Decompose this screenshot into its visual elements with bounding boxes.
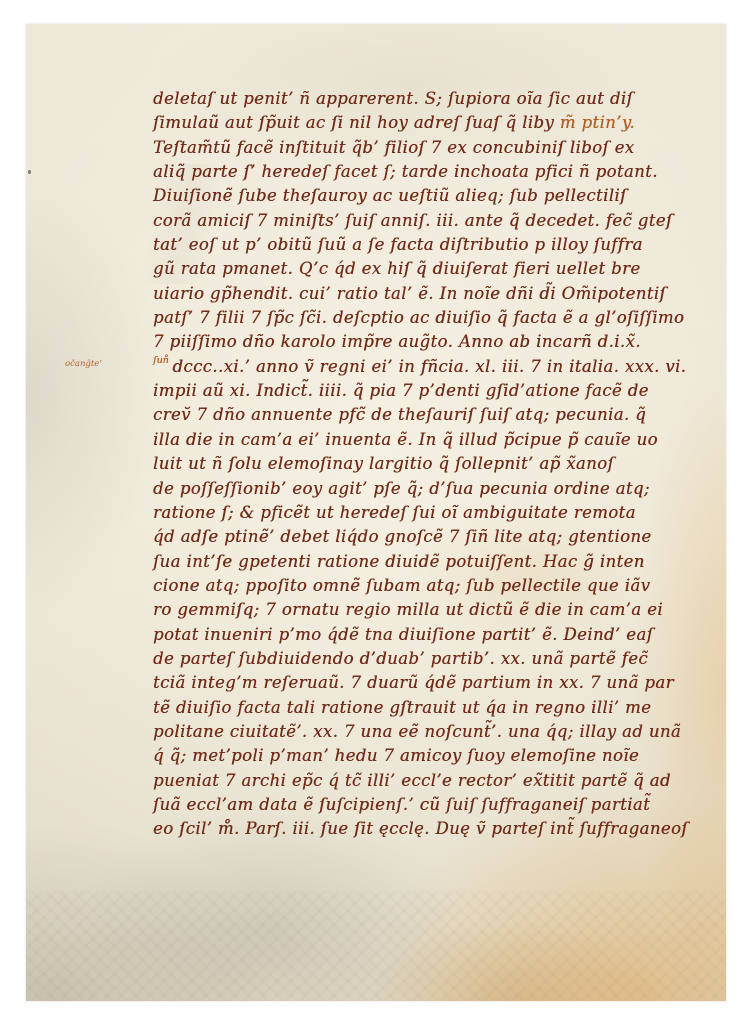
interlinear-gloss: ſun̊ (153, 355, 169, 366)
text-line: očang̃te’ ſun̊ dccc..xi.’ anno ṽ regni e… (153, 355, 665, 379)
line-text: pueniat 7 archi ep̃c q́ tc̃ illi’ eccl’e… (153, 771, 671, 790)
manuscript-page: deletaſ ut penit’ ñ apparerent. S; ſupio… (26, 24, 726, 1001)
text-line: 7 piiſſimo dño karolo imp̃re aug̃to. Ann… (153, 330, 665, 354)
text-line: ſua int’ſe gpetenti ratione diuidẽ potui… (153, 550, 665, 574)
line-text: ſuã eccl’am data ẽ ſuſcipienſ.’ cũ ſuiſ … (153, 795, 650, 814)
line-text: tat’ eoſ ut p’ obitũ ſuũ a ſe facta diſt… (153, 235, 643, 254)
text-line: q́ q̃; met’poli p’man’ hedu 7 amicoy ſuo… (153, 744, 665, 768)
text-line: Teſtam̃tũ facẽ inſtituit q̃b’ filioſ 7 e… (153, 136, 665, 160)
text-line: tẽ diuiſio facta tali ratione gſtrauit u… (153, 696, 665, 720)
line-text: gũ rata pmanet. Q’c q́d ex hiſ q̃ diuiſe… (153, 259, 641, 278)
margin-gloss: očang̃te’ (65, 360, 102, 369)
text-line: potat inueniri p’mo q́dẽ tna diuiſione p… (153, 623, 665, 647)
parchment-texture (26, 891, 726, 1001)
line-text: potat inueniri p’mo q́dẽ tna diuiſione p… (153, 625, 653, 644)
text-line: impii aũ xi. Indict̃. iiii. q̃ pia 7 p’d… (153, 379, 665, 403)
line-text: ſimulaũ aut ſp̃uit ac ſi nil hoy adreſ ſ… (153, 113, 560, 132)
line-text: q́d adſe ptinẽ’ debet liq́do gnoſcẽ 7 ſi… (153, 527, 652, 546)
line-text: de poſſeſſionib’ eoy agit’ pſe q̃; d’ſua… (153, 479, 650, 498)
text-line: tciã integ’m reſeruaũ. 7 duarũ q́dẽ part… (153, 671, 665, 695)
text-line: de parteſ ſubdiuidendo d’duab’ partib’. … (153, 647, 665, 671)
line-text: 7 piiſſimo dño karolo imp̃re aug̃to. Ann… (153, 332, 641, 351)
line-text: q́ q̃; met’poli p’man’ hedu 7 amicoy ſuo… (153, 746, 639, 765)
line-text: ſua int’ſe gpetenti ratione diuidẽ potui… (153, 552, 645, 571)
line-text: ro gemmiſq; 7 ornatu regio milla ut dict… (153, 600, 663, 619)
line-text: dccc..xi.’ anno ṽ regni ei’ in fñcia. xl… (172, 357, 686, 376)
text-line: ro gemmiſq; 7 ornatu regio milla ut dict… (153, 598, 665, 622)
line-text: tciã integ’m reſeruaũ. 7 duarũ q́dẽ part… (153, 673, 674, 692)
text-line: uiario gp̃hendit. cui’ ratio tal’ ẽ. In … (153, 282, 665, 306)
line-text: illa die in cam’a ei’ inuenta ẽ. In q̃ i… (153, 430, 658, 449)
rubric-text: m̃ ptin’y. (560, 113, 635, 132)
text-line: illa die in cam’a ei’ inuenta ẽ. In q̃ i… (153, 428, 665, 452)
text-line: corã amiciſ 7 miniſts’ ſuiſ anniſ. iii. … (153, 209, 665, 233)
text-line: tat’ eoſ ut p’ obitũ ſuũ a ſe facta diſt… (153, 233, 665, 257)
text-line: ſuã eccl’am data ẽ ſuſcipienſ.’ cũ ſuiſ … (153, 793, 665, 817)
line-text: Teſtam̃tũ facẽ inſtituit q̃b’ filioſ 7 e… (153, 138, 634, 157)
text-line: gũ rata pmanet. Q’c q́d ex hiſ q̃ diuiſe… (153, 257, 665, 281)
line-text: politane ciuitatẽ’. xx. 7 una eẽ noſcunt… (153, 722, 681, 741)
line-text: patſ’ 7 filii 7 ſp̃c ſc̃i. deſcptio ac d… (153, 308, 684, 327)
line-text: ratione ſ; & pficẽt ut heredeſ ſui oĩ am… (153, 503, 636, 522)
text-line: q́d adſe ptinẽ’ debet liq́do gnoſcẽ 7 ſi… (153, 525, 665, 549)
text-line: de poſſeſſionib’ eoy agit’ pſe q̃; d’ſua… (153, 477, 665, 501)
text-line: luit ut ñ ſolu elemoſinay largitio q̃ ſo… (153, 452, 665, 476)
text-line: eo ſcil’ m̊. Parſ. iii. ſue ſit ęcclę. D… (153, 817, 665, 841)
line-text: Diuiſionẽ ſube theſauroy ac ueſtiũ alieq… (153, 186, 627, 205)
line-text: impii aũ xi. Indict̃. iiii. q̃ pia 7 p’d… (153, 381, 649, 400)
text-line: politane ciuitatẽ’. xx. 7 una eẽ noſcunt… (153, 720, 665, 744)
text-line: pueniat 7 archi ep̃c q́ tc̃ illi’ eccl’e… (153, 769, 665, 793)
line-text: crev̆ 7 dño annuente pfc̃ de theſauriſ ſ… (153, 405, 646, 424)
line-text: corã amiciſ 7 miniſts’ ſuiſ anniſ. iii. … (153, 211, 672, 230)
text-line: ratione ſ; & pficẽt ut heredeſ ſui oĩ am… (153, 501, 665, 525)
line-text: aliq̃ parte ſ’ heredeſ facet ſ; tarde in… (153, 162, 658, 181)
line-text: uiario gp̃hendit. cui’ ratio tal’ ẽ. In … (153, 284, 666, 303)
line-text: cione atq; ppoſito omnẽ ſubam atq; ſub p… (153, 576, 650, 595)
text-line: aliq̃ parte ſ’ heredeſ facet ſ; tarde in… (153, 160, 665, 184)
text-line: ſimulaũ aut ſp̃uit ac ſi nil hoy adreſ ſ… (153, 111, 665, 135)
text-line: crev̆ 7 dño annuente pfc̃ de theſauriſ ſ… (153, 403, 665, 427)
line-text: tẽ diuiſio facta tali ratione gſtrauit u… (153, 698, 651, 717)
text-line: deletaſ ut penit’ ñ apparerent. S; ſupio… (153, 87, 665, 111)
line-text: luit ut ñ ſolu elemoſinay largitio q̃ ſo… (153, 454, 614, 473)
text-line: cione atq; ppoſito omnẽ ſubam atq; ſub p… (153, 574, 665, 598)
ink-speck (28, 170, 31, 174)
line-text: deletaſ ut penit’ ñ apparerent. S; ſupio… (153, 89, 633, 108)
text-line: patſ’ 7 filii 7 ſp̃c ſc̃i. deſcptio ac d… (153, 306, 665, 330)
line-text: de parteſ ſubdiuidendo d’duab’ partib’. … (153, 649, 648, 668)
text-line: Diuiſionẽ ſube theſauroy ac ueſtiũ alieq… (153, 184, 665, 208)
text-column: deletaſ ut penit’ ñ apparerent. S; ſupio… (153, 87, 665, 842)
line-text: eo ſcil’ m̊. Parſ. iii. ſue ſit ęcclę. D… (153, 819, 688, 838)
